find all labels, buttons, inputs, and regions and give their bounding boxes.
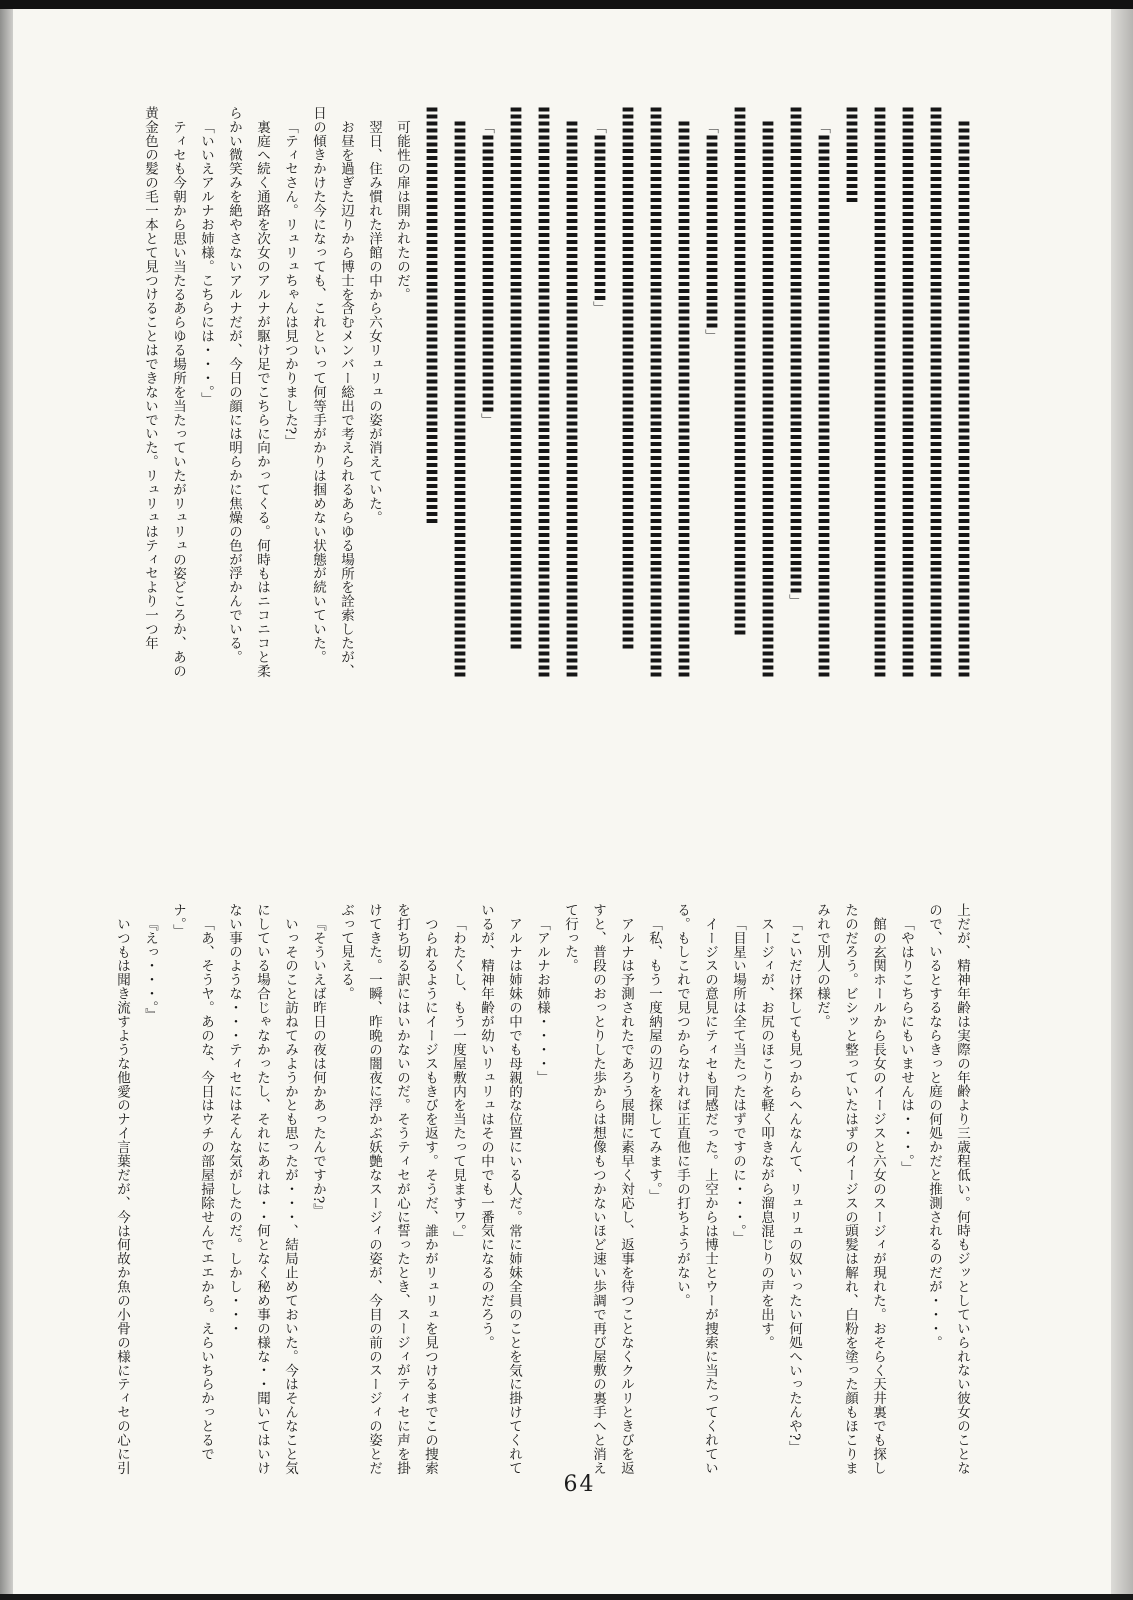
paragraph: つられるようにイージスもきびを返す。そうだ、誰かがリュリュを見つけるまでこの捜索… [332,903,444,1485]
paragraph: 館の玄関ホールから長女のイージスと六女のスージィが現れた。おそらく天井裏でも探し… [808,903,892,1485]
scan-bottom-border [0,1594,1133,1600]
thought-line: 『えっ・・・。』 [136,903,164,1485]
paragraph-redacted: 〓〓〓〓〓〓〓〓〓〓〓〓〓〓〓〓〓〓〓〓〓〓〓〓〓〓〓〓〓〓〓〓〓〓〓〓〓〓〓〓… [416,106,472,688]
page-number: 64 [13,1472,1133,1497]
dialogue-line-redacted: 「〓〓〓〓〓〓〓〓〓〓〓〓〓〓」 [696,106,724,688]
scan-top-border [0,0,1133,9]
paragraph: 可能性の扉は開かれたのだ。 [388,106,416,688]
paragraph: いっそのこと訪ねてみようかとも思ったが・・・、結局止めておいた。今はそんなこと気… [220,903,304,1485]
paragraph: いつもは聞き流すような他愛のナイ言葉だが、今は何故か魚の小骨の様にティセの心に引… [104,903,136,1485]
dialogue-line: 「私、もう一度納屋の辺りを探してみます。」 [640,903,668,1485]
paragraph-redacted: 〓〓〓〓〓〓〓〓〓〓〓〓〓〓〓〓〓〓〓〓〓〓〓〓〓〓〓〓〓〓〓〓〓〓〓〓〓〓〓〓… [836,106,976,688]
paragraph-redacted: 〓〓〓〓〓〓〓〓〓〓〓〓〓〓〓〓〓〓〓〓〓〓〓〓〓〓〓〓〓〓〓〓〓〓〓〓〓〓〓〓… [612,106,696,688]
paragraph: アルナは予測されたであろう展開に素早く対応し、返事を待つことなくクルリときびを返… [556,903,640,1485]
paragraph: 翌日、住み慣れた洋館の中から六女リュリュの姿が消えていた。 [360,106,388,688]
paragraph: ティセも今朝から思い当たるあらゆる場所を当たっていたがリュリュの姿どころか、あの… [136,106,192,688]
paragraph: お昼を過ぎた辺りから博士を含むメンバー総出で考えられるあらゆる場所を詮索したが、… [304,106,360,688]
paragraph-redacted: 〓〓〓〓〓〓〓〓〓〓〓〓〓〓〓〓〓〓〓〓〓〓〓〓〓〓〓〓〓〓〓〓〓〓〓〓〓〓〓〓… [724,106,780,688]
scan-left-edge [0,9,13,1594]
dialogue-line: 「目星い場所は全て当たったはずですのに・・・。」 [724,903,752,1485]
dialogue-line-redacted: 「〓〓〓〓〓〓〓〓〓〓〓〓〓〓〓〓〓〓〓〓〓〓〓〓〓〓〓〓〓〓〓〓〓〓〓〓〓〓〓… [780,106,836,688]
dialogue-line: 「こいだけ探しても見つからへんなんて、リュリュの奴いったい何処へいったんや?」 [780,903,808,1485]
paragraph: スージィが、お尻のほこりを軽く叩きながら溜息混じりの声を出す。 [752,903,780,1485]
dialogue-line: 「あ、そうヤ。あのな、今日はウチの部屋掃除せんでエエから。えらいちらかっとるでナ… [164,903,220,1485]
book-page: 〓〓〓〓〓〓〓〓〓〓〓〓〓〓〓〓〓〓〓〓〓〓〓〓〓〓〓〓〓〓〓〓〓〓〓〓〓〓〓〓… [13,9,1111,1594]
paragraph: 裏庭へ続く通路を次女のアルナが駆け足でこちらに向かってくる。何時もはニコニコと柔… [220,106,276,688]
paragraph: 上だが、精神年齢は実際の年齢より三歳程低い。何時もジッとしていられない彼女のこと… [920,903,976,1485]
top-text-block: 〓〓〓〓〓〓〓〓〓〓〓〓〓〓〓〓〓〓〓〓〓〓〓〓〓〓〓〓〓〓〓〓〓〓〓〓〓〓〓〓… [104,106,976,688]
paragraph: アルナは姉妹の中でも母親的な位置にいる人だ。常に姉妹全員のことを気に掛けてくれて… [472,903,528,1485]
dialogue-line: 「アルナお姉様・・・・」 [528,903,556,1485]
scan-right-edge [1111,9,1133,1594]
dialogue-line-redacted: 「〓〓〓〓〓〓〓〓〓〓〓〓〓〓〓〓〓〓〓〓」 [472,106,500,688]
scanned-book-page: { "page": { "number": "64" }, "top_block… [0,0,1133,1600]
dialogue-line-redacted: 「〓〓〓〓〓〓〓〓〓〓〓〓」 [584,106,612,688]
dialogue-line: 「わたくし、もう一度屋敷内を当たって見ますワ。」 [444,903,472,1485]
paragraph: イージスの意見にティセも同感だった。上空からは博士とウーが捜索に当たってくれてい… [668,903,724,1485]
bottom-text-block: 上だが、精神年齢は実際の年齢より三歳程低い。何時もジッとしていられない彼女のこと… [104,903,976,1485]
dialogue-line: 「やはりこちらにもいませんは・・・。」 [892,903,920,1485]
dialogue-line: 「ティセさん。リュリュちゃんは見つかりました?」 [276,106,304,688]
dialogue-line: 「いいえアルナお姉様。こちらには・・・。」 [192,106,220,688]
paragraph-redacted: 〓〓〓〓〓〓〓〓〓〓〓〓〓〓〓〓〓〓〓〓〓〓〓〓〓〓〓〓〓〓〓〓〓〓〓〓〓〓〓〓… [500,106,584,688]
thought-line: 『そういえば昨日の夜は何かあったんですか?』 [304,903,332,1485]
